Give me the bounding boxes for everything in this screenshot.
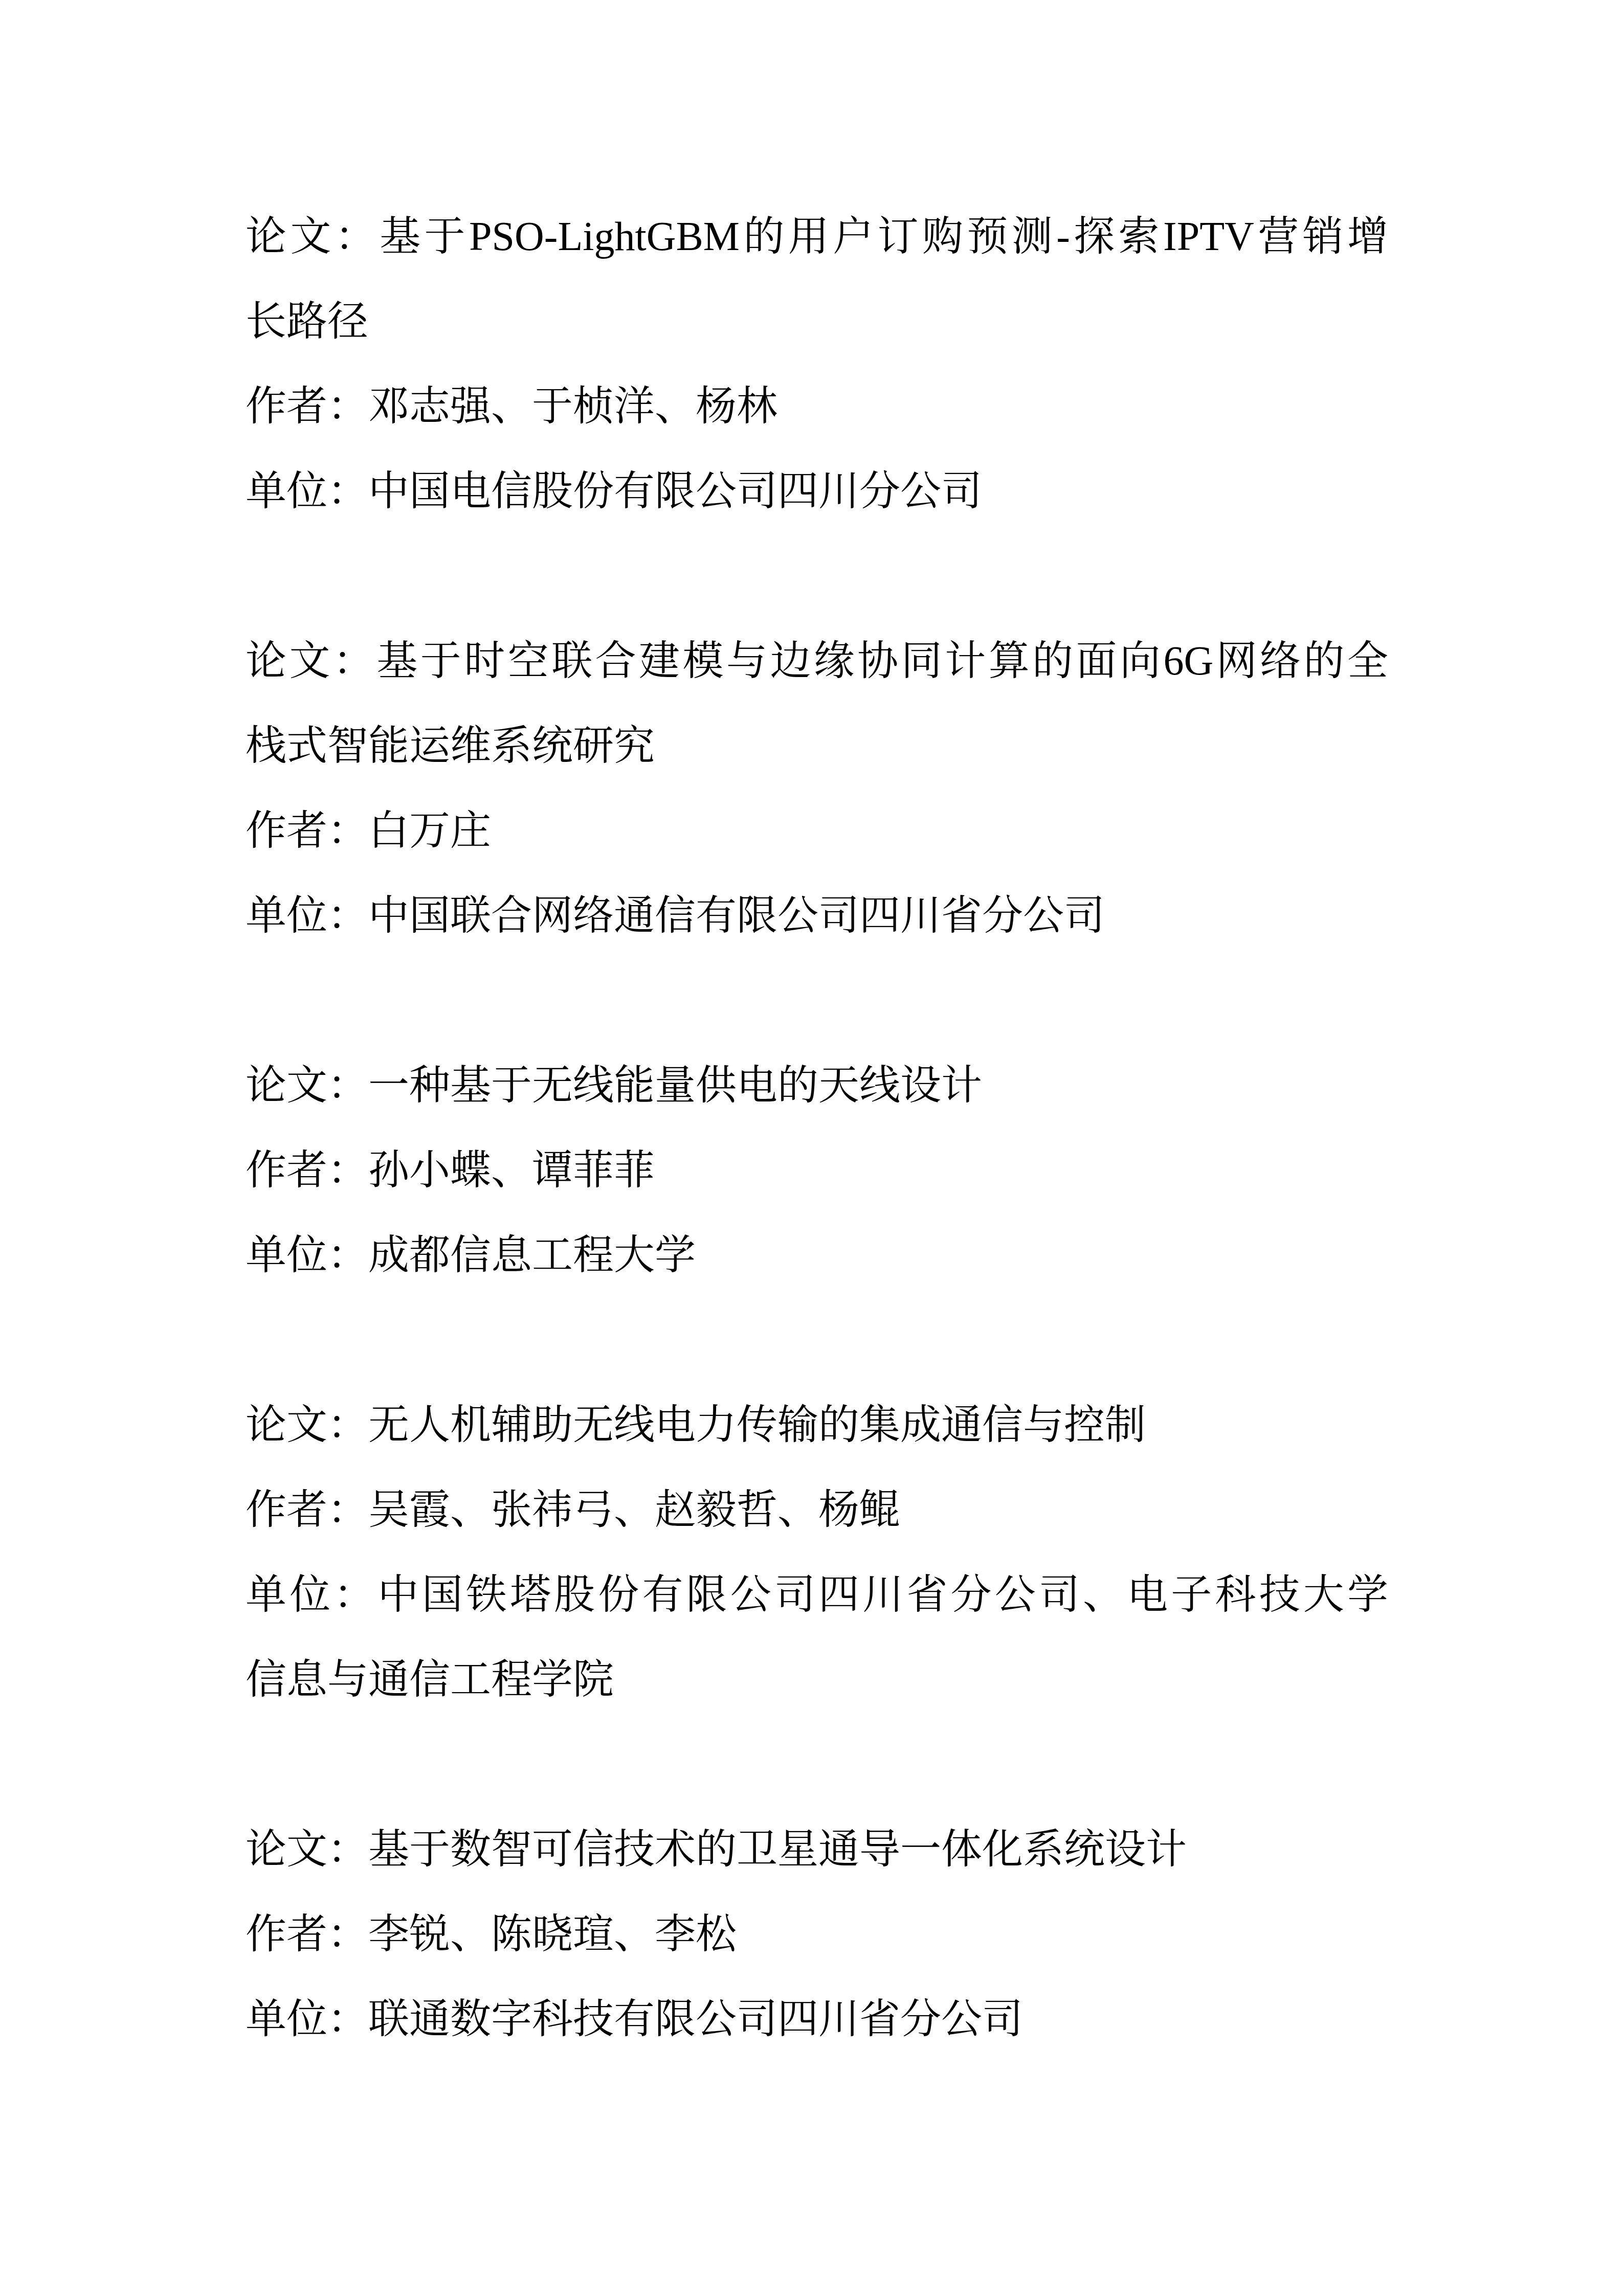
affiliation-label: 单位： [246, 1997, 368, 2042]
paper-entry: 论文：基于时空联合建模与边缘协同计算的面向6G网络的全 栈式智能运维系统研究 作… [246, 619, 1388, 958]
affiliation-line: 单位：中国铁塔股份有限公司四川省分公司、电子科技大学 [246, 1552, 1388, 1637]
authors-text: 孙小蝶、谭菲菲 [368, 1148, 655, 1193]
paper-title-text: 一种基于无线能量供电的天线设计 [368, 1063, 982, 1108]
affiliation-text: 中国联合网络通信有限公司四川省分公司 [368, 893, 1105, 938]
authors-text: 邓志强、于桢洋、杨林 [368, 384, 777, 429]
paper-title-line: 论文：基于时空联合建模与边缘协同计算的面向6G网络的全 [246, 619, 1388, 704]
paper-title-text: 栈式智能运维系统研究 [246, 724, 655, 769]
authors-label: 作者： [246, 808, 368, 853]
affiliation-text: 成都信息工程大学 [368, 1233, 696, 1278]
paper-title-text: 长路径 [246, 299, 368, 344]
authors-label: 作者： [246, 1148, 368, 1193]
affiliation-text: 信息与通信工程学院 [246, 1657, 614, 1702]
paper-label: 论文： [246, 214, 380, 259]
paper-title-line: 论文：基于数智可信技术的卫星通导一体化系统设计 [246, 1807, 1388, 1892]
paper-entry: 论文：无人机辅助无线电力传输的集成通信与控制 作者：吴霞、张祎弓、赵毅哲、杨鲲 … [246, 1383, 1388, 1722]
paper-entry: 论文：基于PSO-LightGBM的用户订购预测-探索IPTV营销增 长路径 作… [246, 194, 1388, 534]
paper-entry: 论文：一种基于无线能量供电的天线设计 作者：孙小蝶、谭菲菲 单位：成都信息工程大… [246, 1043, 1388, 1298]
affiliation-label: 单位： [246, 1233, 368, 1278]
paper-title-line: 论文：无人机辅助无线电力传输的集成通信与控制 [246, 1383, 1388, 1468]
authors-line: 作者：吴霞、张祎弓、赵毅哲、杨鲲 [246, 1468, 1388, 1552]
paper-label: 论文： [246, 639, 376, 684]
paper-title-line: 论文：基于PSO-LightGBM的用户订购预测-探索IPTV营销增 [246, 194, 1388, 279]
affiliation-line: 单位：联通数字科技有限公司四川省分公司 [246, 1977, 1388, 2062]
authors-line: 作者：邓志强、于桢洋、杨林 [246, 364, 1388, 449]
affiliation-text: 联通数字科技有限公司四川省分公司 [368, 1997, 1023, 2042]
paper-title-wrap-line: 栈式智能运维系统研究 [246, 704, 1388, 789]
affiliation-label: 单位： [246, 469, 368, 514]
paper-title-text: 基于时空联合建模与边缘协同计算的面向6G网络的全 [376, 639, 1388, 684]
paper-title-text: 基于数智可信技术的卫星通导一体化系统设计 [368, 1827, 1187, 1872]
affiliation-line: 单位：中国联合网络通信有限公司四川省分公司 [246, 873, 1388, 958]
authors-line: 作者：孙小蝶、谭菲菲 [246, 1128, 1388, 1213]
authors-line: 作者：白万庄 [246, 789, 1388, 873]
authors-line: 作者：李锐、陈晓瑄、李松 [246, 1892, 1388, 1977]
authors-label: 作者： [246, 1912, 368, 1957]
paper-label: 论文： [246, 1063, 368, 1108]
affiliation-wrap-line: 信息与通信工程学院 [246, 1637, 1388, 1722]
authors-label: 作者： [246, 384, 368, 429]
paper-label: 论文： [246, 1827, 368, 1872]
document-page: 论文：基于PSO-LightGBM的用户订购预测-探索IPTV营销增 长路径 作… [0, 0, 1624, 2296]
affiliation-line: 单位：成都信息工程大学 [246, 1213, 1388, 1298]
affiliation-text: 中国电信股份有限公司四川分公司 [368, 469, 982, 514]
paper-entry: 论文：基于数智可信技术的卫星通导一体化系统设计 作者：李锐、陈晓瑄、李松 单位：… [246, 1807, 1388, 2062]
affiliation-label: 单位： [246, 1572, 377, 1617]
paper-title-text: 基于PSO-LightGBM的用户订购预测-探索IPTV营销增 [380, 214, 1388, 259]
paper-title-text: 无人机辅助无线电力传输的集成通信与控制 [368, 1403, 1146, 1448]
authors-text: 白万庄 [368, 808, 491, 853]
authors-label: 作者： [246, 1488, 368, 1533]
paper-title-line: 论文：一种基于无线能量供电的天线设计 [246, 1043, 1388, 1128]
affiliation-text: 中国铁塔股份有限公司四川省分公司、电子科技大学 [377, 1572, 1388, 1617]
affiliation-label: 单位： [246, 893, 368, 938]
authors-text: 吴霞、张祎弓、赵毅哲、杨鲲 [368, 1488, 900, 1533]
paper-title-wrap-line: 长路径 [246, 279, 1388, 364]
authors-text: 李锐、陈晓瑄、李松 [368, 1912, 737, 1957]
affiliation-line: 单位：中国电信股份有限公司四川分公司 [246, 449, 1388, 534]
paper-label: 论文： [246, 1403, 368, 1448]
